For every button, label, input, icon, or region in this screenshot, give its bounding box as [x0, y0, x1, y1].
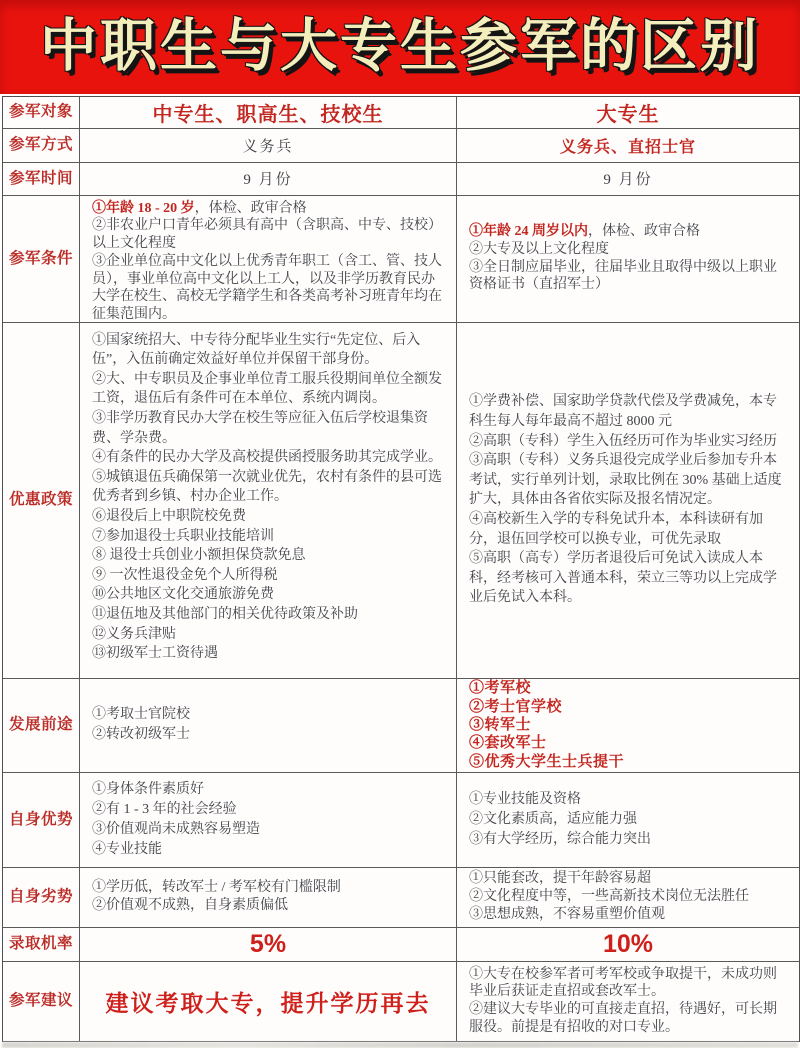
list-item: ②考士官学校 [469, 698, 789, 716]
cell-college-method: 义务兵、直招士官 [457, 129, 799, 162]
list-item: ⑤城镇退伍兵确保第一次就业优先，农村有条件的县可选优秀者到乡镇、村办企业工作。 [92, 468, 446, 507]
cell-college-weaknesses: ①只能套改，提干年龄容易超②文化程度中等，一些高新技术岗位无法胜任③思想成熟，不… [457, 868, 799, 927]
prospect-list-college: ①考军校②考士官学校③转军士④套改军士⑤优秀大学生士兵提干 [469, 679, 789, 771]
list-item: ④套改军士 [469, 734, 789, 752]
cell-college-benefits: ①学费补偿、国家助学贷款代偿及学费减免，本专科生每人每年最高不超过 8000 元… [457, 323, 799, 678]
list-item: ③思想成熟，不容易重塑价值观 [469, 906, 789, 924]
list-item: ③价值观尚未成熟容易塑造 [92, 820, 446, 840]
condition-lead-rest: ，体检、政审合格 [195, 201, 307, 216]
list-item: ①学历低，转改军士 / 考军校有门槛限制 [92, 879, 446, 897]
list-item: ①学费补偿、国家助学贷款代偿及学费减免，本专科生每人每年最高不超过 8000 元 [469, 392, 789, 431]
list-item: ①专业技能及资格 [469, 790, 789, 810]
list-item: ⑬初级军士工资待遇 [92, 644, 446, 664]
list-item: ③高职（专科）义务兵退役完成学业后参加专升本考试，实行单列计划，录取比例在 30… [469, 451, 789, 510]
list-item: ①大专在校参军者可考军校或争取提干，未成功则毕业后获证走直招或套改军士。 [469, 966, 789, 1002]
list-item: ①考军校 [469, 679, 789, 697]
table-row-weaknesses: 自身劣势 ①学历低，转改军士 / 考军校有门槛限制②价值观不成熟，自身素质偏低 … [3, 868, 799, 928]
strength-list-college: ①专业技能及资格②文化素质高，适应能力强③有大学经历，综合能力突出 [469, 790, 789, 850]
list-item: ⑦参加退役士兵职业技能培训 [92, 527, 446, 547]
page-title: 中职生与大专生参军的区别 [40, 18, 760, 75]
advice-list-college: ①大专在校参军者可考军校或争取提干，未成功则毕业后获证走直招或套改军士。②建议大… [469, 966, 789, 1037]
list-item: ②价值观不成熟，自身素质偏低 [92, 897, 446, 915]
cell-college-conditions: ①年龄 24 周岁以内，体检、政审合格 ②大专及以上文化程度③全日制应届毕业，往… [457, 196, 799, 322]
condition-list-vocational: ②非农业户口青年必须具有高中（含职高、中专、技校）以上文化程度③企业单位高中文化… [92, 217, 446, 321]
list-item: ④有条件的民办大学及高校提供函授服务助其完成学业。 [92, 448, 446, 468]
comparison-table: 参军对象 中专生、职高生、技校生 大专生 参军方式 义务兵 义务兵、直招士官 参… [2, 96, 800, 1042]
strength-list-vocational: ①身体条件素质好②有 1 - 3 年的社会经验③价值观尚未成熟容易塑造④专业技能 [92, 780, 446, 860]
cell-college-strengths: ①专业技能及资格②文化素质高，适应能力强③有大学经历，综合能力突出 [457, 773, 799, 867]
cell-vocational-advice: 建议考取大专，提升学历再去 [80, 962, 457, 1041]
list-item: ①只能套改，提干年龄容易超 [469, 870, 789, 888]
cell-vocational-benefits: ①国家统招大、中专待分配毕业生实行“先定位、后入伍”，入伍前确定效益好单位并保留… [80, 323, 457, 678]
cell-vocational-prospects: ①考取士官院校②转改初级军士 [80, 679, 457, 772]
cell-college-prospects: ①考军校②考士官学校③转军士④套改军士⑤优秀大学生士兵提干 [457, 679, 799, 772]
list-item: ①考取士官院校 [92, 705, 446, 725]
list-item: ③有大学经历，综合能力突出 [469, 830, 789, 850]
list-item: ⑨ 一次性退役金免个人所得税 [92, 566, 446, 586]
row-label-prospects: 发展前途 [3, 679, 80, 772]
condition-lead-line: ①年龄 24 周岁以内，体检、政审合格 [469, 223, 789, 241]
list-item: ⑤高职（高专）学历者退役后可免试入读成人本科，经考核可入普通本科，荣立三等功以上… [469, 549, 789, 608]
list-item: ⑥退役后上中职院校免费 [92, 507, 446, 527]
infographic-page: 中职生与大专生参军的区别 参军对象 中专生、职高生、技校生 大专生 参军方式 义… [0, 0, 800, 1048]
cropped-next-row [2, 1042, 798, 1048]
table-row-conditions: 参军条件 ①年龄 18 - 20 岁，体检、政审合格 ②非农业户口青年必须具有高… [3, 196, 799, 323]
row-label-target: 参军对象 [3, 97, 80, 128]
cell-vocational-conditions: ①年龄 18 - 20 岁，体检、政审合格 ②非农业户口青年必须具有高中（含职高… [80, 196, 457, 322]
list-item: ③非学历教育民办大学在校生等应征入伍后学校退集资费、学杂费。 [92, 409, 446, 448]
list-item: ①国家统招大、中专待分配毕业生实行“先定位、后入伍”，入伍前确定效益好单位并保留… [92, 331, 446, 370]
condition-lead-line: ①年龄 18 - 20 岁，体检、政审合格 [92, 200, 446, 218]
row-label-method: 参军方式 [3, 129, 80, 162]
list-item: ②文化程度中等，一些高新技术岗位无法胜任 [469, 888, 789, 906]
list-item: ②转改初级军士 [92, 725, 446, 745]
cell-vocational-weaknesses: ①学历低，转改军士 / 考军校有门槛限制②价值观不成熟，自身素质偏低 [80, 868, 457, 927]
weakness-list-college: ①只能套改，提干年龄容易超②文化程度中等，一些高新技术岗位无法胜任③思想成熟，不… [469, 870, 789, 923]
cell-college-rate: 10% [457, 928, 799, 961]
list-item: ②建议大专毕业的可直接走直招，待遇好，可长期服役。前提是有招收的对口专业。 [469, 1001, 789, 1037]
list-item: ②高职（专科）学生入伍经历可作为毕业实习经历 [469, 432, 789, 452]
cell-vocational-time: 9 月份 [80, 163, 457, 195]
table-row-method: 参军方式 义务兵 义务兵、直招士官 [3, 129, 799, 163]
list-item: ④高校新生入学的专科免试升本，本科读研有加分，退伍回学校可以换专业，可优先录取 [469, 510, 789, 549]
list-item: ⑩公共地区文化交通旅游免费 [92, 585, 446, 605]
cell-vocational-rate: 5% [80, 928, 457, 961]
list-item: ③企业单位高中文化以上优秀青年职工（含工、管、技人员），事业单位高中文化以上工人… [92, 253, 446, 322]
table-row-time: 参军时间 9 月份 9 月份 [3, 163, 799, 196]
list-item: ④专业技能 [92, 840, 446, 860]
list-item: ③全日制应届毕业，往届毕业且取得中级以上职业资格证书（直招军士） [469, 259, 789, 295]
list-item: ②非农业户口青年必须具有高中（含职高、中专、技校）以上文化程度 [92, 217, 446, 253]
list-item: ②大专及以上文化程度 [469, 241, 789, 259]
cell-vocational-strengths: ①身体条件素质好②有 1 - 3 年的社会经验③价值观尚未成熟容易塑造④专业技能 [80, 773, 457, 867]
condition-age-highlight: ①年龄 24 周岁以内 [469, 224, 588, 239]
row-label-advice: 参军建议 [3, 962, 80, 1041]
condition-lead-rest: ，体检、政审合格 [588, 224, 700, 239]
table-row-admission-rate: 录取机率 5% 10% [3, 928, 799, 962]
banner: 中职生与大专生参军的区别 [0, 0, 800, 94]
row-label-strengths: 自身优势 [3, 773, 80, 867]
condition-age-highlight: ①年龄 18 - 20 岁 [92, 201, 195, 216]
list-item: ②大、中专职员及企事业单位青工服兵役期间单位全额发工资，退伍后有条件可在本单位、… [92, 370, 446, 409]
benefit-list-college: ①学费补偿、国家助学贷款代偿及学费减免，本专科生每人每年最高不超过 8000 元… [469, 392, 789, 608]
row-label-time: 参军时间 [3, 163, 80, 195]
condition-list-college: ②大专及以上文化程度③全日制应届毕业，往届毕业且取得中级以上职业资格证书（直招军… [469, 241, 789, 294]
table-row-benefits: 优惠政策 ①国家统招大、中专待分配毕业生实行“先定位、后入伍”，入伍前确定效益好… [3, 323, 799, 679]
list-item: ⑤优秀大学生士兵提干 [469, 753, 789, 771]
table-row-strengths: 自身优势 ①身体条件素质好②有 1 - 3 年的社会经验③价值观尚未成熟容易塑造… [3, 773, 799, 868]
cell-college-advice: ①大专在校参军者可考军校或争取提干，未成功则毕业后获证走直招或套改军士。②建议大… [457, 962, 799, 1041]
list-item: ③转军士 [469, 716, 789, 734]
benefit-list-vocational: ①国家统招大、中专待分配毕业生实行“先定位、后入伍”，入伍前确定效益好单位并保留… [92, 331, 446, 664]
prospect-list-vocational: ①考取士官院校②转改初级军士 [92, 705, 446, 745]
cell-vocational-target: 中专生、职高生、技校生 [80, 97, 457, 128]
row-label-weaknesses: 自身劣势 [3, 868, 80, 927]
row-label-admission-rate: 录取机率 [3, 928, 80, 961]
list-item: ②有 1 - 3 年的社会经验 [92, 800, 446, 820]
cell-college-time: 9 月份 [457, 163, 799, 195]
row-label-benefits: 优惠政策 [3, 323, 80, 678]
list-item: ⑪退伍地及其他部门的相关优待政策及补助 [92, 605, 446, 625]
table-row-target: 参军对象 中专生、职高生、技校生 大专生 [3, 97, 799, 129]
cell-vocational-method: 义务兵 [80, 129, 457, 162]
list-item: ⑧ 退役士兵创业小额担保贷款免息 [92, 546, 446, 566]
weakness-list-vocational: ①学历低，转改军士 / 考军校有门槛限制②价值观不成熟，自身素质偏低 [92, 879, 446, 915]
list-item: ②文化素质高，适应能力强 [469, 810, 789, 830]
table-row-prospects: 发展前途 ①考取士官院校②转改初级军士 ①考军校②考士官学校③转军士④套改军士⑤… [3, 679, 799, 773]
table-row-advice: 参军建议 建议考取大专，提升学历再去 ①大专在校参军者可考军校或争取提干，未成功… [3, 962, 799, 1041]
list-item: ①身体条件素质好 [92, 780, 446, 800]
cell-college-target: 大专生 [457, 97, 799, 128]
list-item: ⑫义务兵津贴 [92, 625, 446, 645]
row-label-conditions: 参军条件 [3, 196, 80, 322]
